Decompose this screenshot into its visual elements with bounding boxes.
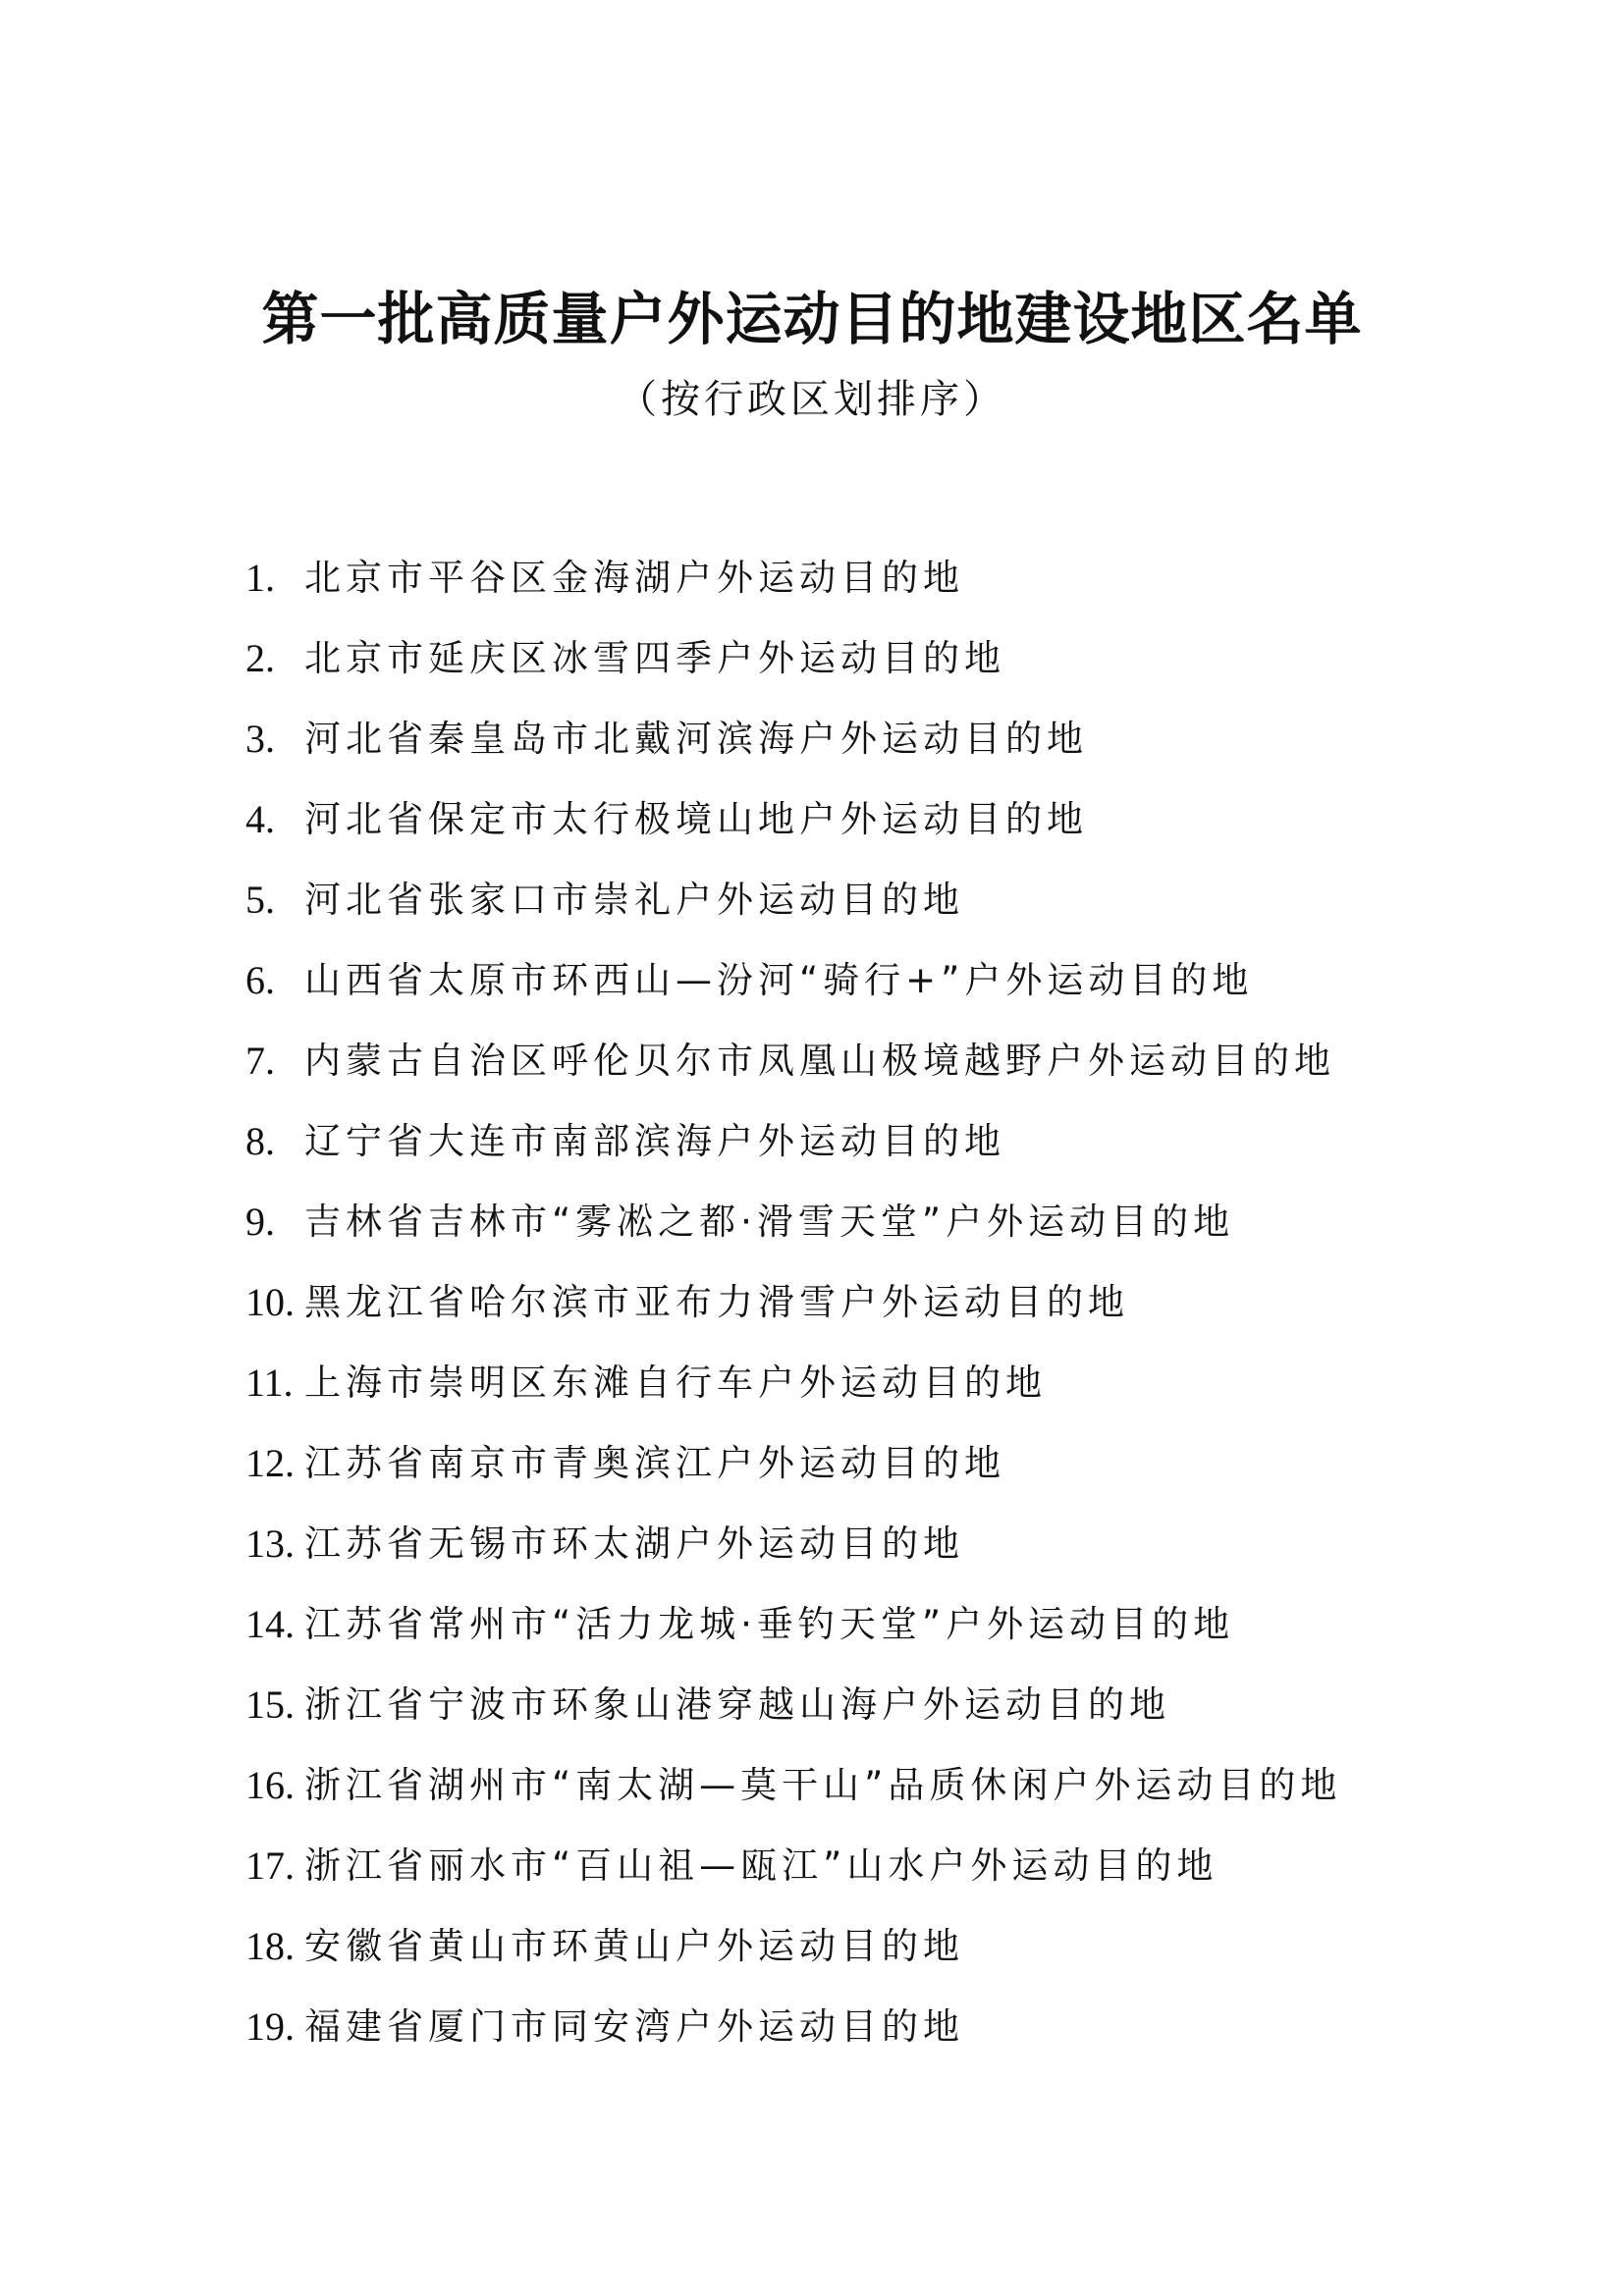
item-number: 2.	[245, 634, 304, 683]
list-item: 19.福建省厦门市同安湾户外运动目的地	[245, 1987, 1341, 2067]
item-text: 内蒙古自治区呼伦贝尔市凤凰山极境越野户外运动目的地	[304, 1037, 1335, 1086]
item-number: 6.	[245, 956, 304, 1005]
item-text: 江苏省南京市青奥滨江户外运动目的地	[304, 1439, 1005, 1488]
item-text: 浙江省湖州市“南太湖—莫干山”品质休闲户外运动目的地	[304, 1761, 1341, 1810]
item-number: 18.	[245, 1922, 304, 1971]
list-item: 3.河北省秦皇岛市北戴河滨海户外运动目的地	[245, 699, 1341, 779]
document-page: 第一批高质量户外运动目的地建设地区名单 （按行政区划排序） 1.北京市平谷区金海…	[0, 0, 1624, 2296]
item-number: 11.	[245, 1359, 304, 1408]
list-item: 8.辽宁省大连市南部滨海户外运动目的地	[245, 1101, 1341, 1182]
item-text: 福建省厦门市同安湾户外运动目的地	[304, 2002, 964, 2052]
item-number: 3.	[245, 715, 304, 764]
item-number: 12.	[245, 1439, 304, 1488]
item-text: 河北省保定市太行极境山地户外运动目的地	[304, 795, 1088, 844]
item-text: 北京市平谷区金海湖户外运动目的地	[304, 554, 964, 603]
list-item: 17.浙江省丽水市“百山祖—瓯江”山水户外运动目的地	[245, 1826, 1341, 1906]
item-text: 北京市延庆区冰雪四季户外运动目的地	[304, 634, 1005, 683]
item-number: 19.	[245, 2002, 304, 2052]
item-text: 河北省张家口市崇礼户外运动目的地	[304, 876, 964, 925]
document-title: 第一批高质量户外运动目的地建设地区名单	[0, 285, 1624, 353]
item-text: 江苏省常州市“活力龙城·垂钓天堂”户外运动目的地	[304, 1600, 1234, 1649]
list-item: 11.上海市崇明区东滩自行车户外运动目的地	[245, 1343, 1341, 1423]
list-item: 14.江苏省常州市“活力龙城·垂钓天堂”户外运动目的地	[245, 1584, 1341, 1665]
item-text: 浙江省宁波市环象山港穿越山海户外运动目的地	[304, 1681, 1170, 1730]
item-text: 安徽省黄山市环黄山户外运动目的地	[304, 1922, 964, 1971]
item-text: 上海市崇明区东滩自行车户外运动目的地	[304, 1359, 1047, 1408]
list-item: 7.内蒙古自治区呼伦贝尔市凤凰山极境越野户外运动目的地	[245, 1021, 1341, 1101]
destination-list: 1.北京市平谷区金海湖户外运动目的地 2.北京市延庆区冰雪四季户外运动目的地 3…	[245, 538, 1341, 2067]
list-item: 9.吉林省吉林市“雾凇之都·滑雪天堂”户外运动目的地	[245, 1182, 1341, 1262]
item-number: 1.	[245, 554, 304, 603]
item-number: 9.	[245, 1198, 304, 1247]
item-number: 7.	[245, 1037, 304, 1086]
item-text: 河北省秦皇岛市北戴河滨海户外运动目的地	[304, 715, 1088, 764]
item-number: 17.	[245, 1842, 304, 1891]
item-number: 15.	[245, 1681, 304, 1730]
list-item: 16.浙江省湖州市“南太湖—莫干山”品质休闲户外运动目的地	[245, 1745, 1341, 1826]
list-item: 12.江苏省南京市青奥滨江户外运动目的地	[245, 1423, 1341, 1504]
list-item: 6.山西省太原市环西山—汾河“骑行+”户外运动目的地	[245, 940, 1341, 1021]
list-item: 18.安徽省黄山市环黄山户外运动目的地	[245, 1906, 1341, 1987]
item-number: 16.	[245, 1761, 304, 1810]
item-number: 13.	[245, 1520, 304, 1569]
item-text: 吉林省吉林市“雾凇之都·滑雪天堂”户外运动目的地	[304, 1198, 1234, 1247]
item-text: 江苏省无锡市环太湖户外运动目的地	[304, 1520, 964, 1569]
item-number: 8.	[245, 1117, 304, 1166]
list-item: 15.浙江省宁波市环象山港穿越山海户外运动目的地	[245, 1665, 1341, 1745]
item-number: 5.	[245, 876, 304, 925]
item-text: 辽宁省大连市南部滨海户外运动目的地	[304, 1117, 1005, 1166]
item-text: 黑龙江省哈尔滨市亚布力滑雪户外运动目的地	[304, 1278, 1129, 1327]
list-item: 1.北京市平谷区金海湖户外运动目的地	[245, 538, 1341, 618]
item-text: 浙江省丽水市“百山祖—瓯江”山水户外运动目的地	[304, 1842, 1218, 1891]
item-number: 4.	[245, 795, 304, 844]
list-item: 5.河北省张家口市崇礼户外运动目的地	[245, 860, 1341, 940]
list-item: 4.河北省保定市太行极境山地户外运动目的地	[245, 779, 1341, 860]
list-item: 13.江苏省无锡市环太湖户外运动目的地	[245, 1504, 1341, 1584]
item-number: 14.	[245, 1600, 304, 1649]
document-subtitle: （按行政区划排序）	[0, 375, 1624, 424]
list-item: 2.北京市延庆区冰雪四季户外运动目的地	[245, 618, 1341, 699]
item-number: 10.	[245, 1278, 304, 1327]
item-text: 山西省太原市环西山—汾河“骑行+”户外运动目的地	[304, 956, 1253, 1005]
list-item: 10.黑龙江省哈尔滨市亚布力滑雪户外运动目的地	[245, 1262, 1341, 1343]
